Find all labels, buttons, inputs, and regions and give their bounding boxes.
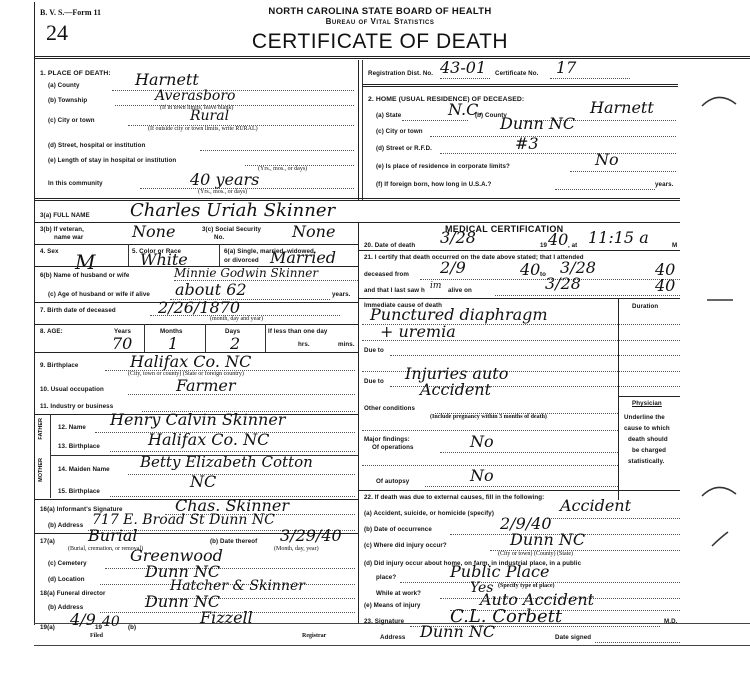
less-than-day-label: If less than one day [268, 328, 327, 335]
due-to-label-2: Due to [364, 378, 384, 385]
registration-dist-value: 43-01 [440, 58, 486, 77]
mins-label: mins. [338, 341, 355, 348]
corporate-limits-value: No [595, 150, 619, 169]
age-label: 8. AGE: [40, 328, 63, 335]
burial-date-label: (b) Date thereof [210, 538, 257, 545]
community-label: In this community [48, 180, 103, 187]
form-number: B. V. S.—Form 11 [40, 8, 101, 17]
dotted-line [115, 105, 354, 106]
age-years-value: 70 [112, 334, 132, 353]
age-months-value: 1 [168, 334, 178, 353]
ssn-label-1: 3(c) Social Security [202, 226, 261, 233]
dotted-line [390, 355, 680, 356]
death-city-label: (c) City or town [48, 117, 95, 124]
physician-signature-label: 23. Signature [364, 618, 404, 625]
birthplace-label: 9. Birthplace [40, 362, 78, 369]
rule [358, 250, 680, 251]
death-time-suffix: M [672, 242, 677, 249]
due-to-2-line-2: Accident [420, 380, 491, 399]
residence-heading: 2. HOME (USUAL RESIDENCE) OF DECEASED: [368, 96, 524, 103]
operations-label: Of operations [372, 444, 414, 451]
spouse-value: Minnie Godwin Skinner [174, 266, 318, 280]
punch-hole-mark-2 [705, 295, 735, 305]
rule [34, 324, 358, 325]
death-city-value: Rural [190, 108, 229, 124]
burial-type-label: 17(a) [40, 538, 55, 545]
dotted-line [595, 642, 680, 643]
father-birthplace-value: Halifax Co. NC [148, 430, 269, 449]
injury-location-value: Dunn NC [510, 530, 585, 549]
certificate-title: CERTIFICATE OF DEATH [200, 30, 560, 54]
spouse-label: 6(b) Name of husband or wife [40, 272, 129, 279]
immediate-cause-line-2: + uremia [380, 322, 456, 341]
father-tag: FATHER [38, 418, 44, 440]
dotted-line [550, 78, 630, 79]
cell-divider [144, 324, 145, 352]
death-time-label: , at [568, 242, 577, 249]
dotted-line [128, 394, 355, 395]
filed-date-value: 4/9 [70, 610, 96, 629]
injury-location-note: (City or town) (County) (State) [498, 551, 573, 557]
certificate-no-label: Certificate No. [495, 70, 538, 77]
ssn-label-2: No. [214, 234, 224, 241]
certify-text: 21. I certify that death occurred on the… [364, 254, 584, 261]
cemetery-label: (c) Cemetery [48, 560, 87, 567]
form-left-border [34, 60, 35, 625]
header-divider [34, 56, 750, 59]
occurrence-date-label: (b) Date of occurrence [364, 526, 432, 533]
physician-note-5: statistically. [628, 458, 664, 465]
location-label: (d) Location [48, 576, 85, 583]
burial-date-note: (Month, day, year) [274, 546, 319, 552]
birthplace-value: Halifax Co. NC [130, 352, 251, 371]
place-of-death-heading: 1. PLACE OF DEATH: [40, 70, 111, 77]
veteran-value: None [132, 222, 175, 241]
punch-hole-mark-3 [700, 480, 740, 500]
physician-signature-suffix: M.D. [664, 618, 677, 625]
last-saw-year: 40 [655, 276, 675, 295]
injury-place-label-2: place? [376, 574, 396, 581]
residence-city-value: Dunn NC [500, 114, 575, 133]
dotted-line [128, 474, 355, 475]
dotted-line [362, 340, 680, 341]
physician-note-1: Underline the [624, 414, 665, 421]
death-year-value: 40 [548, 230, 568, 249]
dotted-line [105, 568, 355, 569]
rule [358, 490, 680, 491]
burial-type-value: Burial [88, 526, 137, 545]
spouse-age-suffix: years. [332, 291, 351, 298]
birth-date-label: 7. Birth date of deceased [40, 307, 116, 314]
agency-name: NORTH CAROLINA STATE BOARD OF HEALTH [200, 6, 560, 17]
dotted-line [200, 150, 354, 151]
injury-location-label: (c) Where did injury occur? [364, 542, 447, 549]
sex-label: 4. Sex [40, 248, 59, 255]
attended-from-label: deceased from [364, 271, 409, 278]
cell-divider [128, 244, 129, 266]
page-number: 24 [46, 20, 68, 46]
filed-note: Filed [90, 633, 103, 639]
medical-column-divider [358, 222, 359, 623]
burial-date-value: 3/29/40 [280, 526, 342, 545]
rule [34, 244, 358, 245]
dotted-line [545, 518, 680, 519]
registration-divider [362, 84, 678, 87]
dotted-line [440, 452, 618, 453]
residence-state-label: (a) State [376, 112, 401, 119]
top-column-divider-2 [362, 60, 363, 200]
community-value: 40 years [190, 170, 259, 189]
physician-address-value: Dunn NC [420, 622, 495, 641]
death-date-label: 20. Date of death [364, 242, 415, 249]
physician-address-label: Address [380, 634, 405, 641]
stay-note: (Yrs., mos., or days) [258, 166, 307, 172]
full-name-label: 3(a) FULL NAME [40, 212, 90, 219]
punch-hole-mark-4 [710, 528, 730, 548]
funeral-director-label: 18(a) Funeral director [40, 590, 105, 597]
left-margin-line [34, 2, 35, 60]
full-name-value: Charles Uriah Skinner [130, 200, 335, 221]
at-work-label: While at work? [376, 590, 421, 597]
dotted-line [555, 189, 655, 190]
other-conditions-note: (Include pregnancy within 3 months of de… [430, 414, 547, 420]
death-county-value: Harnett [135, 70, 199, 89]
informant-address-label: (b) Address [48, 522, 83, 529]
residence-street-label: (d) Street or R.F.D. [376, 145, 432, 152]
rule [34, 222, 680, 223]
last-saw-pronoun: im [430, 281, 441, 291]
due-to-label-1: Due to [364, 347, 384, 354]
city-note: (If outside city or town limits, write R… [148, 126, 258, 132]
age-days-value: 2 [230, 334, 240, 353]
certificate-no-value: 17 [556, 58, 576, 77]
mother-name-value: Betty Elizabeth Cotton [140, 453, 313, 471]
veteran-label-2: name war [54, 234, 83, 241]
last-saw-label: and that I last saw h [364, 287, 425, 294]
birth-date-note: (month, day and year) [210, 316, 263, 322]
dotted-line [402, 120, 468, 121]
spouse-age-label: (c) Age of husband or wife if alive [48, 291, 150, 298]
bureau-name: Bureau of Vital Statistics [200, 17, 560, 26]
corporate-limits-label: (e) Is place of residence in corporate l… [376, 163, 510, 170]
foreign-born-suffix: years. [655, 181, 674, 188]
dotted-line [495, 295, 680, 296]
marital-label-2: or divorced [224, 257, 259, 264]
cell-divider [219, 244, 220, 266]
registrar-label: (b) [128, 624, 136, 631]
rule [358, 298, 680, 299]
spouse-age-value: about 62 [175, 280, 247, 299]
injury-place-note: (Specify type of place) [498, 583, 555, 589]
death-street-label: (d) Street, hospital or institution [48, 142, 145, 149]
dotted-line [440, 78, 490, 79]
occupation-label: 10. Usual occupation [40, 386, 104, 393]
autopsy-value: No [470, 466, 494, 485]
external-causes-heading: 22. If death was due to external causes,… [364, 494, 544, 501]
filed-label: 19(a) [40, 624, 55, 631]
dotted-line [440, 153, 676, 154]
mother-birthplace-value: NC [190, 472, 216, 491]
duration-label: Duration [632, 303, 658, 310]
attended-from-value: 2/9 [440, 258, 466, 277]
punch-hole-mark-1 [700, 90, 740, 110]
mother-birthplace-label: 15. Birthplace [58, 488, 100, 495]
death-time-value: 11:15 a [588, 228, 649, 247]
registrar-signature: Fizzell [200, 608, 253, 627]
last-saw-value: 3/28 [545, 274, 581, 293]
industry-label: 11. Industry or business [40, 403, 113, 410]
community-note: (Yrs., mos., or days) [198, 189, 247, 195]
stay-label: (e) Length of stay in hospital or instit… [48, 157, 176, 164]
filed-year-value: 40 [102, 614, 120, 630]
father-birthplace-label: 13. Birthplace [58, 443, 100, 450]
major-findings-label: Major findings: [364, 436, 410, 443]
attended-from-year: 40 [520, 260, 540, 279]
duration-column-divider [618, 298, 619, 500]
other-conditions-label: Other conditions [364, 405, 415, 412]
death-date-value: 3/28 [440, 228, 476, 247]
mother-name-label: 14. Maiden Name [58, 466, 110, 473]
mother-tag: MOTHER [38, 458, 44, 482]
father-name-value: Henry Calvin Skinner [110, 410, 285, 429]
autopsy-label: Of autopsy [376, 478, 409, 485]
injury-place-value: Public Place [450, 562, 549, 581]
death-county-label: (a) County [48, 82, 80, 89]
dotted-line [430, 136, 676, 137]
last-saw-label-2: alive on [448, 287, 472, 294]
dotted-line [570, 171, 676, 172]
registration-dist-label: Registration Dist. No. [368, 70, 433, 77]
top-column-divider [358, 60, 359, 200]
cell-divider [205, 324, 206, 352]
foreign-born-label: (f) If foreign born, how long in U.S.A.? [376, 181, 491, 188]
death-township-value: Averasboro [155, 88, 235, 104]
parents-tag-divider [50, 414, 51, 498]
injury-means-label: (e) Means of injury [364, 602, 421, 609]
sex-value: M [75, 250, 95, 274]
ssn-value: None [292, 222, 335, 241]
date-signed-label: Date signed [555, 634, 591, 641]
veteran-label-1: 3(b) If veteran, [40, 226, 84, 233]
operations-value: No [470, 432, 494, 451]
form-bottom-line [34, 645, 750, 646]
physician-note-2: cause to which [624, 425, 670, 432]
marital-value: Married [270, 248, 336, 267]
father-name-label: 12. Name [58, 424, 86, 431]
physician-note-3: death should [628, 436, 668, 443]
cell-divider [265, 324, 266, 352]
physician-note-4: be charged [632, 447, 666, 454]
accident-type-value: Accident [560, 496, 631, 515]
rule [618, 396, 680, 397]
dotted-line [362, 430, 618, 431]
hrs-label: hrs. [298, 341, 310, 348]
physician-heading: Physician [632, 400, 662, 407]
accident-type-label: (a) Accident, suicide, or homicide (spec… [364, 510, 494, 517]
occupation-value: Farmer [176, 376, 236, 395]
dotted-line [425, 486, 618, 487]
residence-street-value: #3 [515, 134, 539, 153]
death-year-prefix: 19 [540, 242, 547, 249]
residence-city-label: (c) City or town [376, 128, 423, 135]
residence-county-value: Harnett [590, 98, 654, 117]
dotted-line [110, 451, 355, 452]
death-township-label: (b) Township [48, 97, 87, 104]
registrar-note: Registrar [302, 633, 326, 639]
